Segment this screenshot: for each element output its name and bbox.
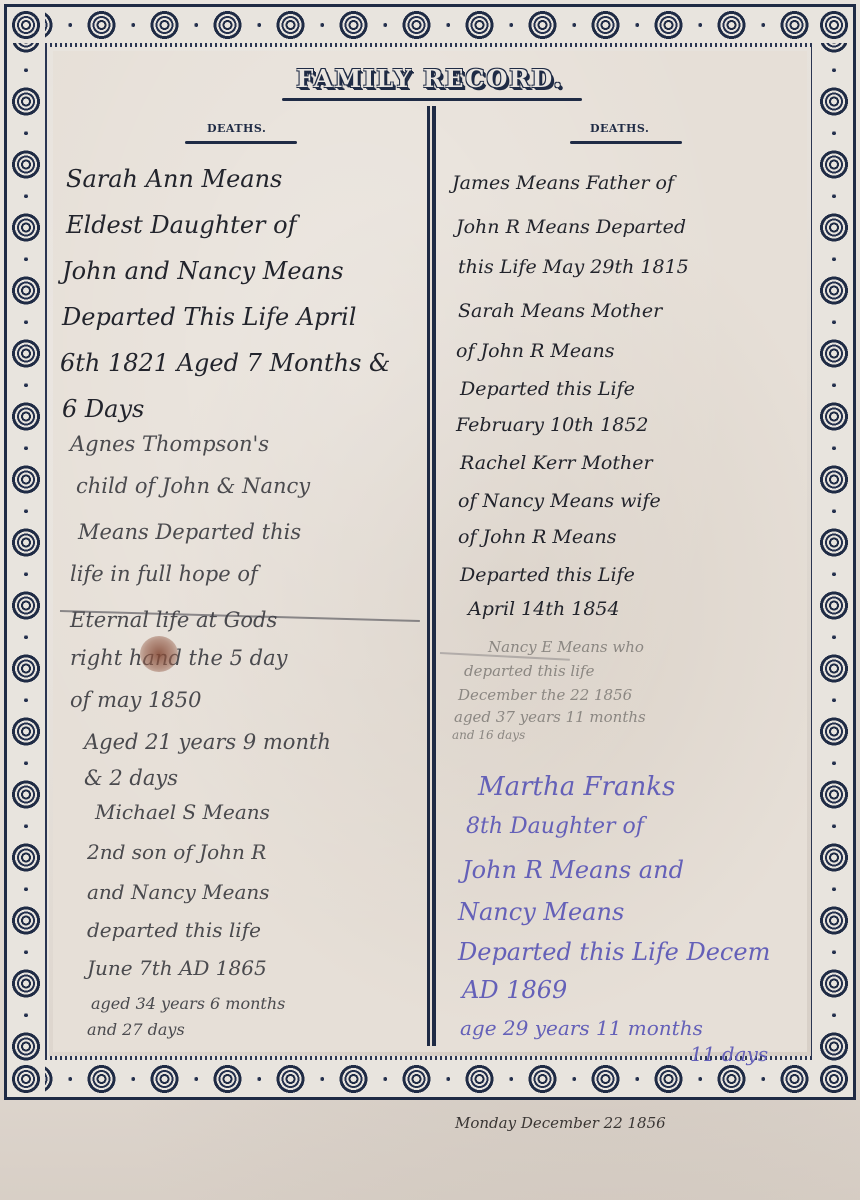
corner-rosette-icon (815, 1061, 853, 1097)
family-record-page: FAMILY RECORD. DEATHS. DEATHS. Sarah Ann… (0, 0, 860, 1200)
right-heading-rule (570, 141, 682, 144)
entry-line: AD 1869 (462, 976, 567, 1004)
entry-line: Agnes Thompson's (70, 432, 269, 456)
entry-line: of Nancy Means wife (458, 490, 661, 512)
entry-line: Aged 21 years 9 month (84, 730, 331, 754)
entry-line: Nancy Means (458, 898, 624, 926)
entry-line: life in full hope of (70, 562, 258, 586)
left-heading-rule (185, 141, 297, 144)
entry-line: Sarah Ann Means (66, 165, 282, 193)
entry-line: Departed this Life Decem (458, 938, 770, 966)
entry-line: of may 1850 (70, 688, 202, 712)
entry-line: February 10th 1852 (456, 414, 649, 436)
entry-line: and 27 days (87, 1020, 185, 1039)
column-divider (427, 106, 436, 1046)
entry-line: Nancy E Means who (488, 638, 644, 656)
entry-line: John and Nancy Means (62, 257, 344, 285)
ink-stain (140, 636, 178, 672)
entry-line: April 14th 1854 (468, 598, 620, 620)
entry-line: 2nd son of John R (87, 840, 266, 864)
entry-line: of John R Means (456, 340, 614, 362)
entry-line: Eldest Daughter of (66, 211, 296, 239)
right-column-heading: DEATHS. (590, 122, 649, 135)
entry-line: and Nancy Means (87, 880, 270, 904)
entry-line: Sarah Means Mother (458, 300, 662, 322)
footer-handwritten-date: Monday December 22 1856 (455, 1114, 666, 1132)
title-underline (282, 98, 582, 101)
entry-line: 6 Days (62, 395, 144, 423)
entry-line: & 2 days (84, 766, 178, 790)
entry-line: December the 22 1856 (458, 686, 632, 704)
entry-line: Michael S Means (95, 800, 270, 824)
entry-line: right hand the 5 day (70, 646, 287, 670)
corner-rosette-icon (7, 1061, 45, 1097)
entry-line: age 29 years 11 months (460, 1016, 703, 1040)
entry-line: 8th Daughter of (466, 814, 644, 839)
entry-line: aged 37 years 11 months (454, 708, 646, 726)
entry-line: June 7th AD 1865 (87, 956, 267, 980)
entry-line: John R Means and (462, 856, 684, 884)
entry-line: Martha Franks (478, 772, 675, 802)
entry-line: and 16 days (452, 728, 525, 742)
entry-line: of John R Means (458, 526, 616, 548)
record-title: FAMILY RECORD. (0, 64, 860, 93)
entry-line: this Life May 29th 1815 (458, 256, 689, 278)
entry-line: 6th 1821 Aged 7 Months & (60, 349, 390, 377)
entry-line: John R Means Departed (456, 216, 686, 238)
entry-line: James Means Father of (452, 172, 674, 194)
entry-line: Departed this Life (460, 378, 635, 400)
entry-line: Departed This Life April (62, 303, 356, 331)
corner-rosette-icon (815, 7, 853, 43)
entry-line: 11 days (690, 1042, 768, 1066)
corner-rosette-icon (7, 7, 45, 43)
entry-line: child of John & Nancy (76, 474, 310, 498)
entry-line: departed this life (464, 662, 594, 680)
entry-line: aged 34 years 6 months (91, 994, 285, 1013)
entry-line: Means Departed this (78, 520, 301, 544)
left-column-heading: DEATHS. (207, 122, 266, 135)
entry-line: Rachel Kerr Mother (460, 452, 653, 474)
entry-line: departed this life (87, 918, 261, 942)
entry-line: Departed this Life (460, 564, 635, 586)
